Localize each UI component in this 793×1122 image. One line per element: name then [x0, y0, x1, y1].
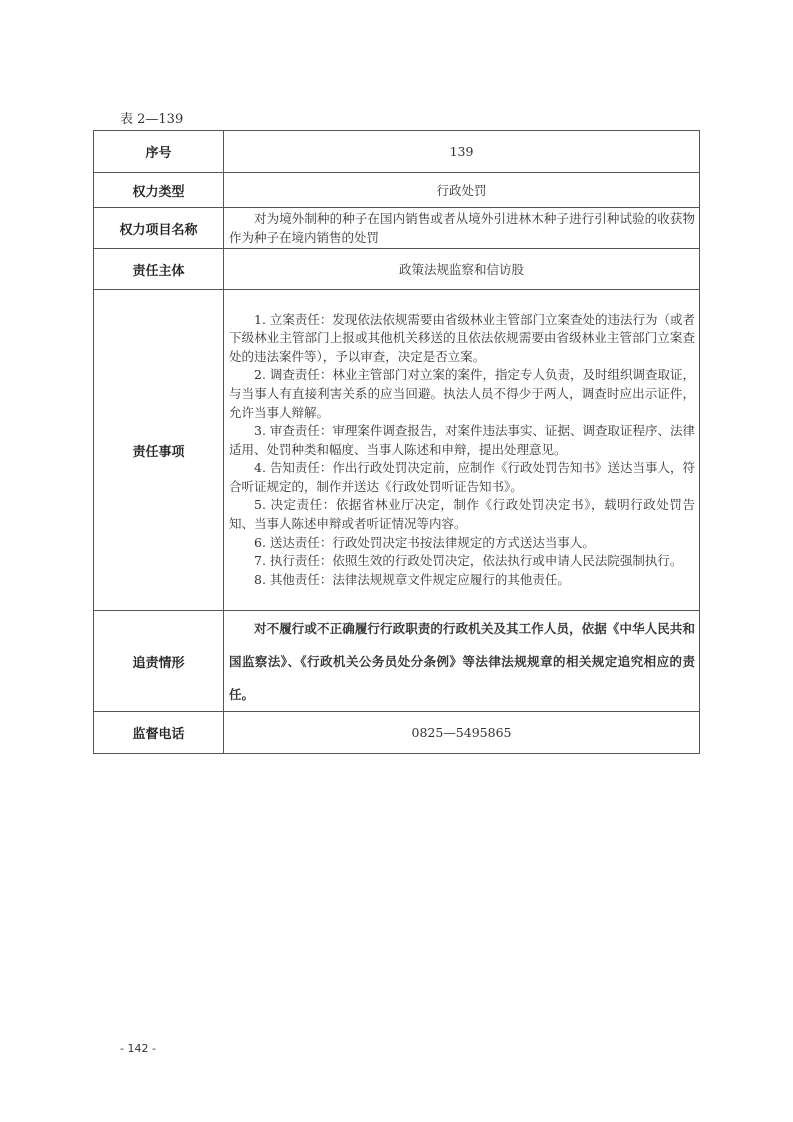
- table-row-serial: 序号 139: [94, 131, 700, 173]
- row-label: 序号: [94, 131, 224, 173]
- table-row-duties: 责任事项 1. 立案责任：发现依法依规需要由省级林业主管部门立案查处的违法行为（…: [94, 290, 700, 611]
- page-number: - 142 -: [120, 1042, 156, 1055]
- row-label: 追责情形: [94, 611, 224, 712]
- duty-item: 8. 其他责任：法律法规规章文件规定应履行的其他责任。: [224, 571, 699, 590]
- duty-item: 7. 执行责任：依照生效的行政处罚决定，依法执行或申请人民法院强制执行。: [224, 552, 699, 571]
- duties-list: 1. 立案责任：发现依法依规需要由省级林业主管部门立案查处的违法行为（或者下级林…: [224, 290, 700, 611]
- table-row-power-type: 权力类型 行政处罚: [94, 173, 700, 208]
- duty-item: 2. 调查责任：林业主管部门对立案的案件，指定专人负责，及时组织调查取证，与当事…: [224, 366, 699, 422]
- accountability-text: 对不履行或不正确履行行政职责的行政机关及其工作人员，依据《中华人民共和国监察法》…: [224, 612, 699, 711]
- row-label: 责任主体: [94, 249, 224, 290]
- table-row-phone: 监督电话 0825—5495865: [94, 712, 700, 754]
- supervision-phone: 0825—5495865: [224, 712, 700, 754]
- serial-number: 139: [224, 131, 700, 173]
- table-caption: 表 2—139: [120, 108, 183, 127]
- duty-item: 6. 送达责任：行政处罚决定书按法律规定的方式送达当事人。: [224, 534, 699, 553]
- row-label: 权力项目名称: [94, 208, 224, 249]
- row-label: 责任事项: [94, 290, 224, 611]
- duty-item: 1. 立案责任：发现依法依规需要由省级林业主管部门立案查处的违法行为（或者下级林…: [224, 311, 699, 367]
- duty-item: 4. 告知责任：作出行政处罚决定前，应制作《行政处罚告知书》送达当事人，符合听证…: [224, 459, 699, 496]
- accountability-value: 对不履行或不正确履行行政职责的行政机关及其工作人员，依据《中华人民共和国监察法》…: [224, 611, 700, 712]
- duty-item: 3. 审查责任：审理案件调查报告，对案件违法事实、证据、调查取证程序、法律适用、…: [224, 422, 699, 459]
- duty-item: 5. 决定责任：依据省林业厅决定，制作《行政处罚决定书》，载明行政处罚告知、当事…: [224, 496, 699, 533]
- item-name-text: 对为境外制种的种子在国内销售或者从境外引进林木种子进行引种试验的收获物作为种子在…: [224, 209, 699, 248]
- table-row-item-name: 权力项目名称 对为境外制种的种子在国内销售或者从境外引进林木种子进行引种试验的收…: [94, 208, 700, 249]
- table-row-subject: 责任主体 政策法规监察和信访股: [94, 249, 700, 290]
- power-type-value: 行政处罚: [224, 173, 700, 208]
- item-name-value: 对为境外制种的种子在国内销售或者从境外引进林木种子进行引种试验的收获物作为种子在…: [224, 208, 700, 249]
- responsibility-table: 序号 139 权力类型 行政处罚 权力项目名称 对为境外制种的种子在国内销售或者…: [93, 130, 700, 754]
- row-label: 权力类型: [94, 173, 224, 208]
- subject-value: 政策法规监察和信访股: [224, 249, 700, 290]
- row-label: 监督电话: [94, 712, 224, 754]
- table-row-accountability: 追责情形 对不履行或不正确履行行政职责的行政机关及其工作人员，依据《中华人民共和…: [94, 611, 700, 712]
